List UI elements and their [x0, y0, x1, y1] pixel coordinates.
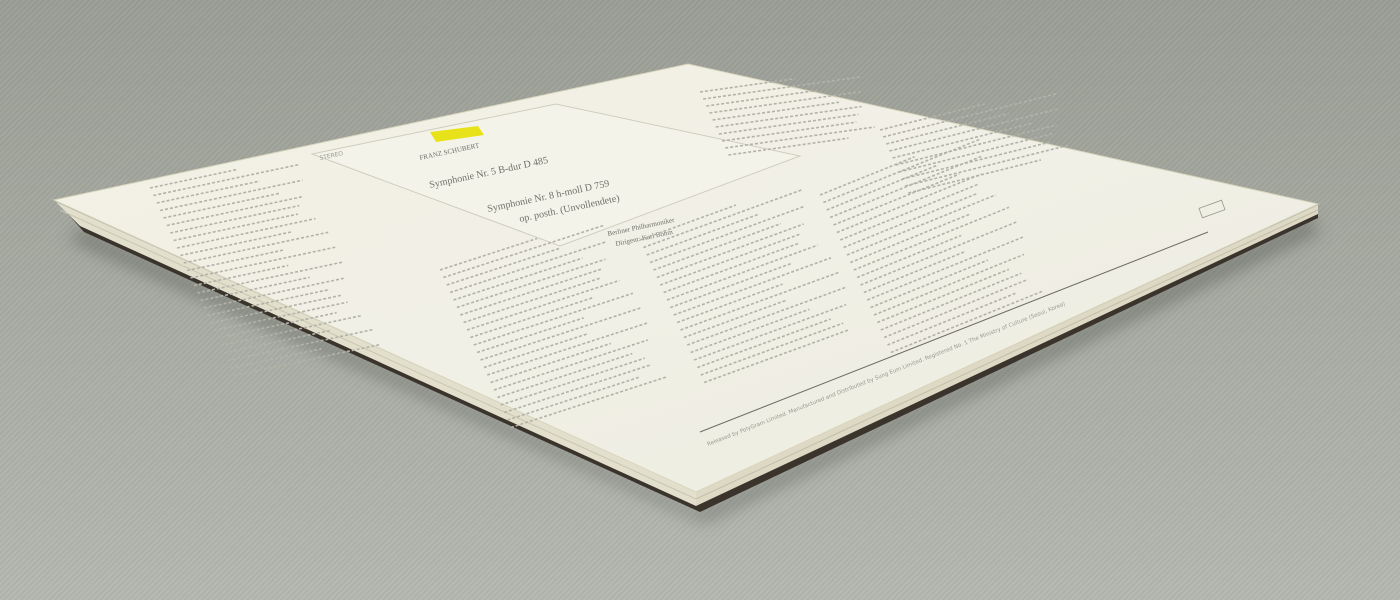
cover-face — [54, 64, 1318, 492]
record-cover-scene: STEREO FRANZ SCHUBERT Symphonie Nr. 5 B-… — [0, 0, 1400, 600]
